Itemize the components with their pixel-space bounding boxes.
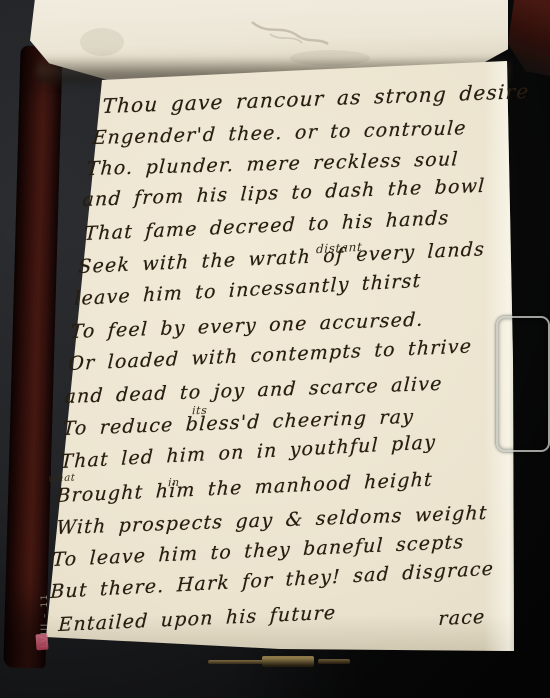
marginal-insertion-what: what bbox=[48, 474, 76, 485]
verse-line-3: Tho. plunder. mere reckless soul bbox=[86, 150, 459, 179]
verse-line-4: and from his lips to dash the bowl bbox=[82, 177, 486, 210]
verse-line-7: leave him to incessantly thirst bbox=[74, 272, 422, 309]
handwritten-verse: Thou gave rancour as strong desire Engen… bbox=[0, 0, 550, 698]
interlinear-insertion-in: in bbox=[168, 477, 180, 488]
verse-line-12: That led him on in youthful play bbox=[60, 433, 436, 472]
interlinear-insertion-distant: distant bbox=[316, 241, 363, 255]
verse-line-13: Brought him the manhood height bbox=[56, 471, 433, 506]
verse-line-17-end-word: race bbox=[438, 608, 486, 629]
interlinear-insertion-its: its bbox=[192, 405, 208, 417]
verse-line-8: To feel by every one accursed. bbox=[70, 311, 424, 342]
verse-line-6: Seek with the wrath of every lands bbox=[78, 240, 485, 277]
collection-stamp bbox=[35, 634, 48, 651]
verse-line-10: and dead to joy and scarce alive bbox=[64, 375, 443, 407]
verse-line-17: Entailed upon his future bbox=[58, 604, 337, 635]
sketchbook-photo: Thou gave rancour as strong desire Engen… bbox=[0, 0, 550, 698]
verse-line-9: Or loaded with contempts to thrive bbox=[68, 337, 473, 374]
verse-line-5: That fame decreed to his hands bbox=[84, 209, 450, 244]
verse-line-1: Thou gave rancour as strong desire bbox=[102, 81, 530, 116]
verse-line-2: Engender'd thee. or to controule bbox=[92, 119, 467, 148]
